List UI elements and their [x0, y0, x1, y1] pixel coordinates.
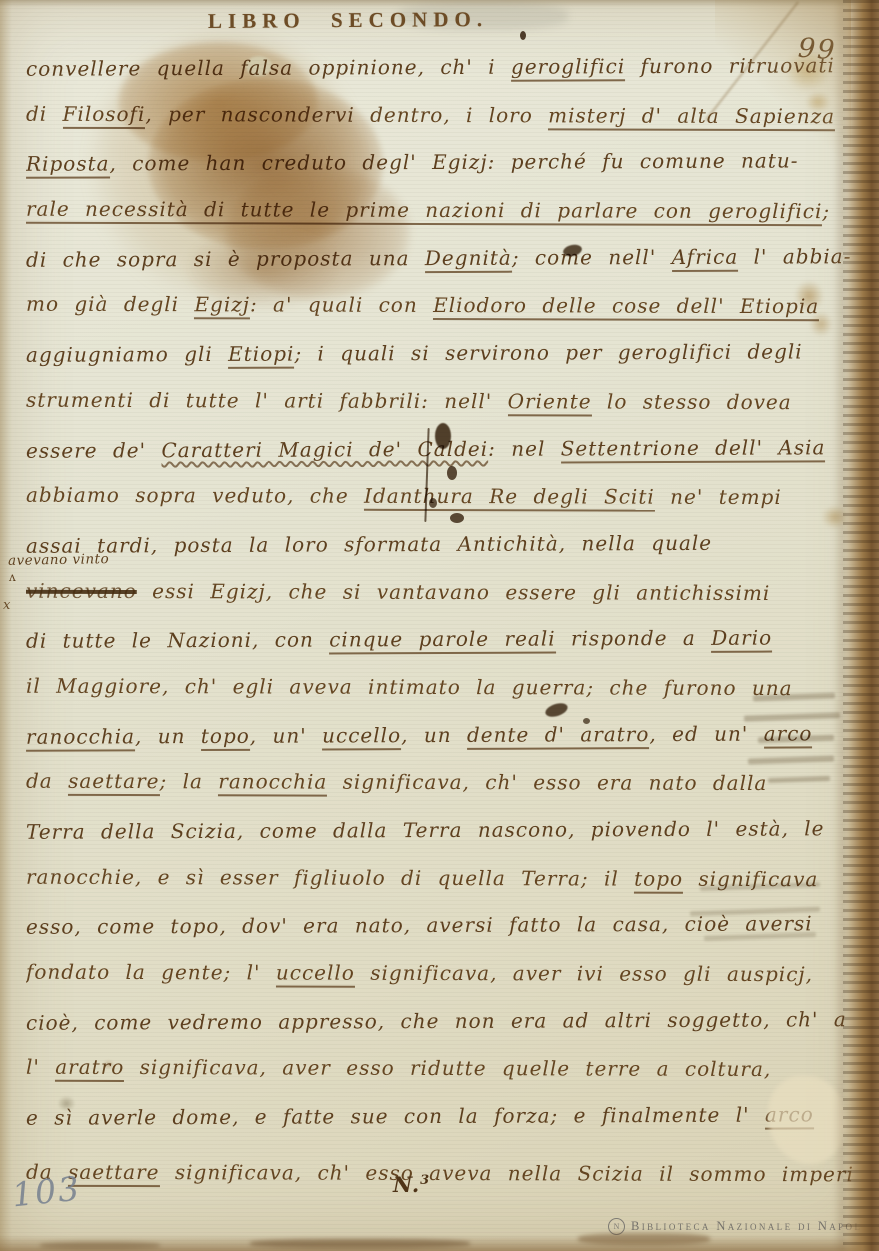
library-stamp-label: Biblioteca Nazionale di Napoli	[631, 1219, 868, 1234]
margin-x-mark: x	[3, 598, 10, 613]
manuscript-word: : nel	[488, 436, 561, 460]
manuscript-line: esso, come topo, dov' era nato, aversi f…	[26, 901, 854, 952]
library-monogram-icon: N	[608, 1218, 625, 1235]
ink-blot	[520, 31, 526, 40]
underlined-word: misterj d' alta Sapienza	[548, 103, 835, 131]
manuscript-line: fondato la gente; l' uccello significava…	[26, 949, 854, 999]
manuscript-word: ; i quali si servirono per geroglifici d…	[294, 340, 802, 366]
underlined-word: Idanthura Re degli Sciti	[364, 484, 655, 512]
underlined-word: Caratteri Magici de' Caldei	[161, 436, 488, 461]
manuscript-word: ; la	[159, 769, 218, 793]
manuscript-line: il Maggiore, ch' egli aveva intimato la …	[26, 663, 854, 713]
library-stamp: N Biblioteca Nazionale di Napoli	[608, 1218, 868, 1235]
underlined-word: saettare	[68, 1160, 160, 1187]
quire-signature: N.3	[393, 1172, 430, 1197]
manuscript-word: abbiamo sopra veduto, che	[26, 483, 364, 508]
manuscript-line: da saettare significava, ch' esso aveva …	[26, 1149, 854, 1198]
manuscript-word: , per nascondervi dentro, i loro	[145, 102, 548, 127]
underlined-word: topo	[201, 723, 250, 750]
manuscript-line: abbiamo sopra veduto, che Idanthura Re d…	[26, 472, 854, 522]
underlined-word: rale necessità di tutte le prime nazioni…	[26, 197, 822, 227]
manuscript-word: ne' tempi	[655, 485, 782, 509]
manuscript-line: di che sopra si è proposta una Degnità; …	[26, 233, 854, 284]
underlined-word: ranocchia	[26, 724, 135, 751]
pencil-folio-number: 103	[10, 1169, 83, 1215]
manuscript-word: di	[26, 101, 63, 125]
manuscript-word: di tutte le Nazioni, con	[26, 628, 329, 653]
manuscript-line: strumenti di tutte l' arti fabbrili: nel…	[26, 377, 854, 427]
manuscript-line: cioè, come vedremo appresso, che non era…	[26, 996, 854, 1047]
underlined-word: topo	[634, 866, 683, 893]
bottom-grime	[40, 1242, 160, 1249]
underlined-word: Africa	[672, 244, 739, 271]
underlined-word: Riposta	[26, 152, 110, 179]
manuscript-word: il Maggiore, ch' egli aveva intimato la …	[26, 674, 793, 700]
manuscript-word: , ed un'	[649, 721, 763, 745]
manuscript-page: LIBRO SECONDO. 99 convellere quella fals…	[0, 0, 879, 1251]
manuscript-word: cioè, come vedremo appresso, che non era…	[26, 1007, 854, 1035]
underlined-word: geroglifici	[511, 54, 625, 81]
manuscript-line: di Filosofi, per nascondervi dentro, i l…	[26, 90, 854, 140]
manuscript-line: l' aratro significava, aver esso ridutte…	[26, 1044, 854, 1094]
margin-note: avevano vinto	[8, 551, 109, 569]
underlined-word: aratro	[55, 1055, 124, 1082]
underlined-word: Egizj	[194, 293, 250, 320]
underlined-word: Dario	[711, 626, 772, 653]
manuscript-word: ; come nell'	[512, 245, 672, 270]
manuscript-word: furono ritruovati	[625, 53, 835, 78]
manuscript-line: Terra della Scizia, come dalla Terra nas…	[26, 805, 854, 856]
underlined-word: arco	[765, 1102, 814, 1129]
underlined-word: cinque parole reali	[329, 627, 556, 655]
underlined-word: Etiopi	[228, 342, 294, 369]
underlined-word: Filosofi	[63, 102, 146, 129]
underlined-word: dente d' aratro	[467, 722, 650, 750]
manuscript-word: assai tardi, posta la loro sformata Anti…	[26, 531, 712, 558]
manuscript-word: : a' quali con	[250, 293, 433, 318]
insertion-caret-mark: ʌ	[9, 570, 16, 584]
quire-signature-letter: N.	[393, 1172, 420, 1197]
manuscript-word: Terra della Scizia, come dalla Terra nas…	[26, 816, 825, 843]
manuscript-word: significava, aver esso ridutte quelle te…	[124, 1055, 771, 1081]
underlined-word: Oriente	[508, 389, 592, 416]
manuscript-line: da saettare; la ranocchia significava, c…	[26, 758, 854, 808]
manuscript-word: da	[26, 769, 68, 793]
manuscript-line: vincevano essi Egizj, che si vantavano e…	[26, 567, 854, 617]
manuscript-word: significava, ch' esso aveva nella Scizia…	[159, 1160, 854, 1186]
page-edge-bottom	[0, 1235, 879, 1251]
underlined-word: ranocchia	[218, 770, 327, 797]
manuscript-line: mo già degli Egizj: a' quali con Eliodor…	[26, 281, 854, 331]
manuscript-word: significava, ch' esso era nato dalla	[327, 770, 767, 795]
manuscript-word: strumenti di tutte l' arti fabbrili: nel…	[26, 388, 508, 414]
manuscript-word: significava	[683, 866, 818, 890]
manuscript-text: convellere quella falsa oppinione, ch' i…	[26, 44, 854, 1198]
manuscript-line: aggiugniamo gli Etiopi; i quali si servi…	[26, 328, 854, 379]
manuscript-word: , un	[135, 724, 201, 748]
manuscript-word: mo già degli	[26, 292, 194, 317]
manuscript-line: rale necessità di tutte le prime nazioni…	[26, 186, 854, 236]
underlined-word: uccello	[322, 723, 401, 750]
manuscript-word: e sì averle dome, e fatte sue con la for…	[26, 1103, 765, 1130]
page-edge-left	[0, 0, 12, 1251]
underlined-word: saettare	[68, 769, 160, 796]
struck-word: vincevano	[26, 578, 137, 602]
manuscript-word: significava, aver ivi esso gli auspicj,	[355, 961, 813, 986]
manuscript-line: assai tardi, posta la loro sformata Anti…	[26, 519, 854, 570]
manuscript-word: essi Egizj, che si vantavano essere gli …	[137, 579, 771, 605]
manuscript-line: e sì averle dome, e fatte sue con la for…	[26, 1091, 854, 1142]
manuscript-word: , un	[401, 723, 467, 747]
manuscript-word: lo stesso dovea	[592, 389, 792, 414]
manuscript-word: , un'	[250, 723, 322, 747]
page-title: LIBRO SECONDO.	[208, 7, 488, 34]
bottom-grime	[250, 1239, 470, 1248]
manuscript-word: di che sopra si è proposta una	[26, 246, 425, 272]
manuscript-line: ranocchia, un topo, un' uccello, un dent…	[26, 710, 854, 761]
manuscript-line: Riposta, come han creduto degl' Egizj: p…	[26, 138, 854, 189]
underlined-word: Eliodoro delle cose dell' Etiopia	[433, 293, 819, 321]
manuscript-word: ;	[822, 199, 830, 223]
manuscript-word: l'	[26, 1055, 55, 1079]
quire-signature-number: 3	[420, 1173, 430, 1188]
underlined-word: Degnità	[425, 245, 512, 272]
manuscript-word: essere de'	[26, 438, 162, 463]
manuscript-word: risponde a	[556, 626, 712, 651]
manuscript-line: ranocchie, e sì esser figliuolo di quell…	[26, 853, 854, 903]
manuscript-word: convellere quella falsa oppinione, ch' i	[26, 55, 511, 81]
manuscript-word: esso, come topo, dov' era nato, aversi f…	[26, 912, 813, 939]
manuscript-word: , come han creduto degl' Egizj: perché f…	[109, 149, 798, 176]
underlined-word: uccello	[276, 961, 355, 988]
underlined-word: Settentrione dell' Asia	[561, 435, 826, 463]
manuscript-line: essere de' Caratteri Magici de' Caldei: …	[26, 424, 854, 475]
underlined-word: arco	[764, 721, 813, 748]
manuscript-line: convellere quella falsa oppinione, ch' i…	[26, 44, 854, 93]
manuscript-word: aggiugniamo gli	[26, 342, 228, 367]
manuscript-word: ranocchie, e sì esser figliuolo di quell…	[26, 864, 634, 890]
manuscript-word: l' abbia-	[738, 244, 851, 268]
manuscript-line: di tutte le Nazioni, con cinque parole r…	[26, 614, 854, 665]
manuscript-word: fondato la gente; l'	[26, 960, 276, 985]
